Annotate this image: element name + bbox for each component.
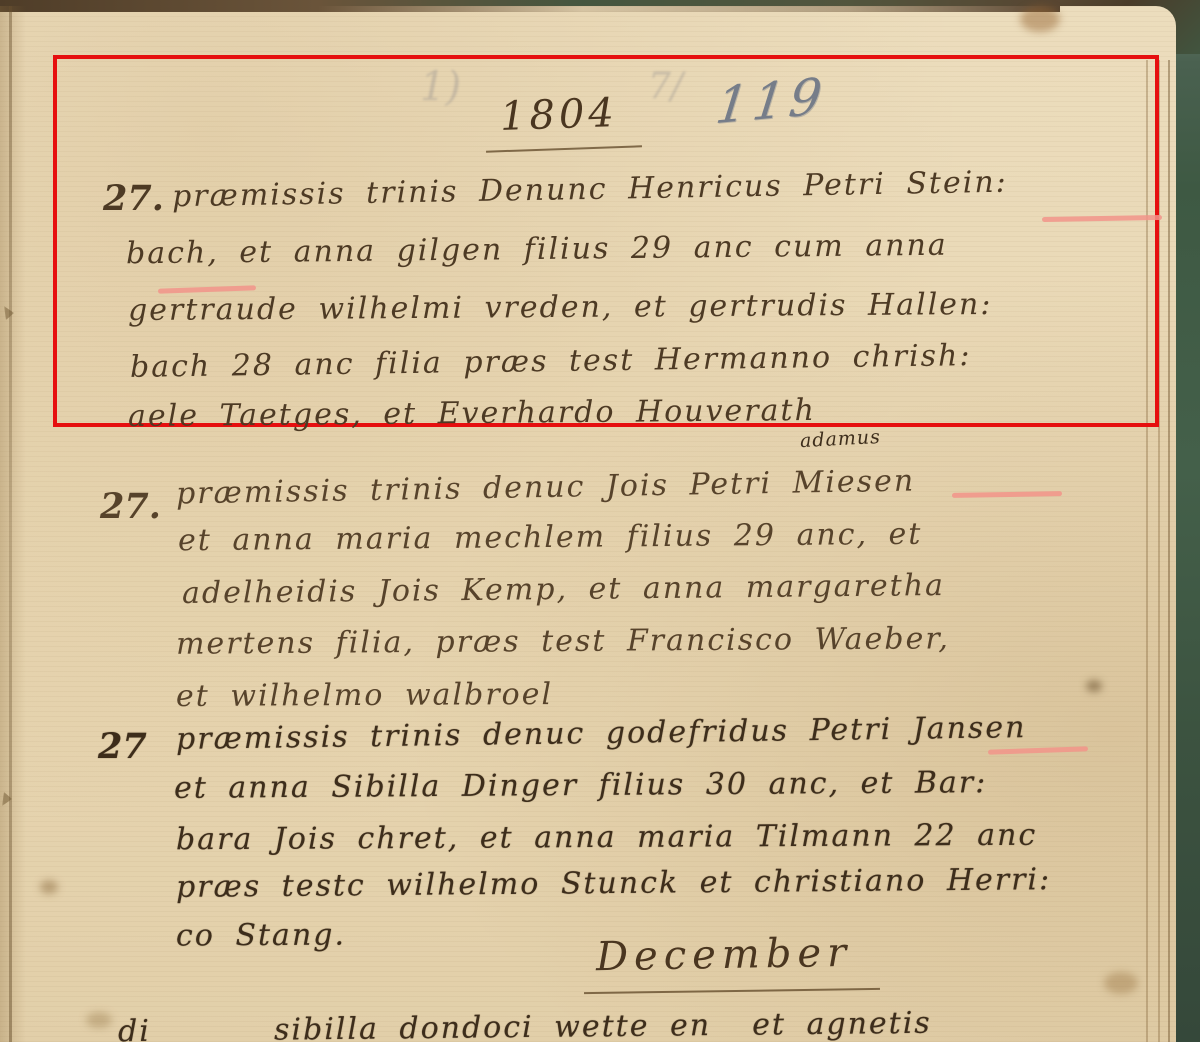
binding-fold-shadow xyxy=(0,6,26,1042)
paper-stain xyxy=(1020,6,1060,32)
month-heading: December xyxy=(596,930,853,980)
paper-stain xyxy=(86,1012,112,1028)
paper-stain xyxy=(40,880,58,894)
manuscript-scan: 1) 7/ 1804 119 27. præmissis trinis Denu… xyxy=(0,0,1200,1042)
entry-day-number: 27. xyxy=(103,178,164,219)
book-cover-top-strip xyxy=(0,0,1060,12)
entry-line: et anna Sibilla Dinger filius 30 anc, et… xyxy=(174,765,988,806)
entry-line: bara Jois chret, et anna maria Tilmann 2… xyxy=(176,818,1037,858)
binding-fold xyxy=(9,6,12,1042)
entry-line: et wilhelmo walbroel xyxy=(176,677,553,714)
interlinear-insertion: adamus xyxy=(799,426,881,452)
entry-line: gertraude wilhelmi vreden, et gertrudis … xyxy=(128,287,993,328)
entry-line: aele Taetges, et Everhardo Houverath xyxy=(128,393,816,434)
page-edge-line xyxy=(1168,60,1170,1042)
paper-stain xyxy=(1086,680,1102,692)
entry-day-number: 27 xyxy=(98,726,147,767)
entry-line: mertens filia, præs test Francisco Waebe… xyxy=(176,621,950,661)
entry-day-number: 27. xyxy=(100,486,161,527)
entry-line: co Stang. xyxy=(176,918,346,954)
entry-line: et anna maria mechlem filius 29 anc, et xyxy=(178,517,923,558)
paper-stain xyxy=(1104,972,1138,994)
